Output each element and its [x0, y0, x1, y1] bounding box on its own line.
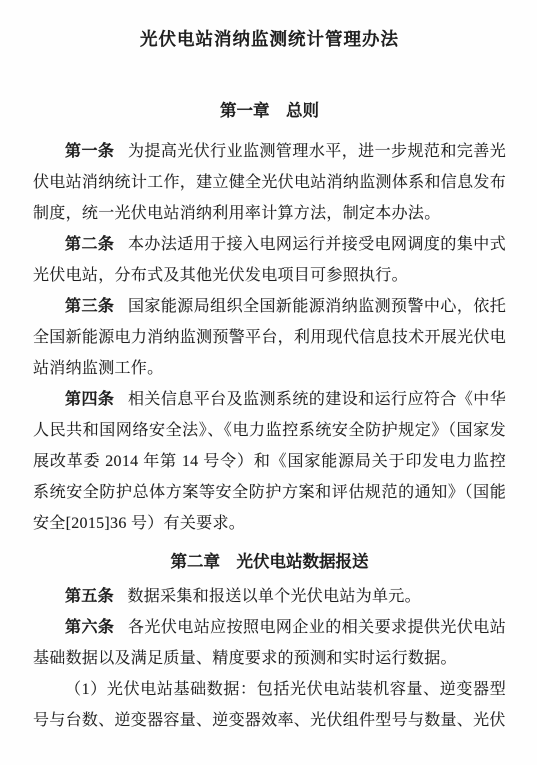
article-5: 第五条数据采集和报送以单个光伏电站为单元。 — [33, 581, 506, 612]
article-1: 第一条为提高光伏行业监测管理水平，进一步规范和完善光伏电站消纳统计工作，建立健全… — [33, 136, 506, 229]
article-1-label: 第一条 — [65, 143, 114, 160]
chapter-1-heading: 第一章 总则 — [33, 98, 506, 124]
list-item-1-text: （1）光伏电站基础数据：包括光伏电站装机容量、逆变器型号与台数、逆变器容量、逆变… — [33, 681, 506, 729]
chapter-2-heading: 第二章 光伏电站数据报送 — [33, 549, 506, 575]
article-2-label: 第二条 — [65, 236, 114, 253]
article-4-label: 第四条 — [65, 391, 114, 408]
article-6-label: 第六条 — [65, 619, 114, 636]
document-title: 光伏电站消纳监测统计管理办法 — [33, 26, 506, 52]
list-item-1: （1）光伏电站基础数据：包括光伏电站装机容量、逆变器型号与台数、逆变器容量、逆变… — [33, 674, 506, 736]
article-2: 第二条本办法适用于接入电网运行并接受电网调度的集中式光伏电站，分布式及其他光伏发… — [33, 229, 506, 291]
article-4-text: 相关信息平台及监测系统的建设和运行应符合《中华人民共和国网络安全法》、《电力监控… — [33, 391, 506, 532]
article-6: 第六条各光伏电站应按照电网企业的相关要求提供光伏电站基础数据以及满足质量、精度要… — [33, 612, 506, 674]
article-3-label: 第三条 — [65, 298, 114, 315]
document-page: 光伏电站消纳监测统计管理办法 第一章 总则 第一条为提高光伏行业监测管理水平，进… — [0, 0, 537, 765]
article-5-label: 第五条 — [65, 588, 114, 605]
article-5-text: 数据采集和报送以单个光伏电站为单元。 — [128, 588, 421, 605]
article-3: 第三条国家能源局组织全国新能源消纳监测预警中心，依托全国新能源电力消纳监测预警平… — [33, 291, 506, 384]
article-4: 第四条相关信息平台及监测系统的建设和运行应符合《中华人民共和国网络安全法》、《电… — [33, 384, 506, 539]
